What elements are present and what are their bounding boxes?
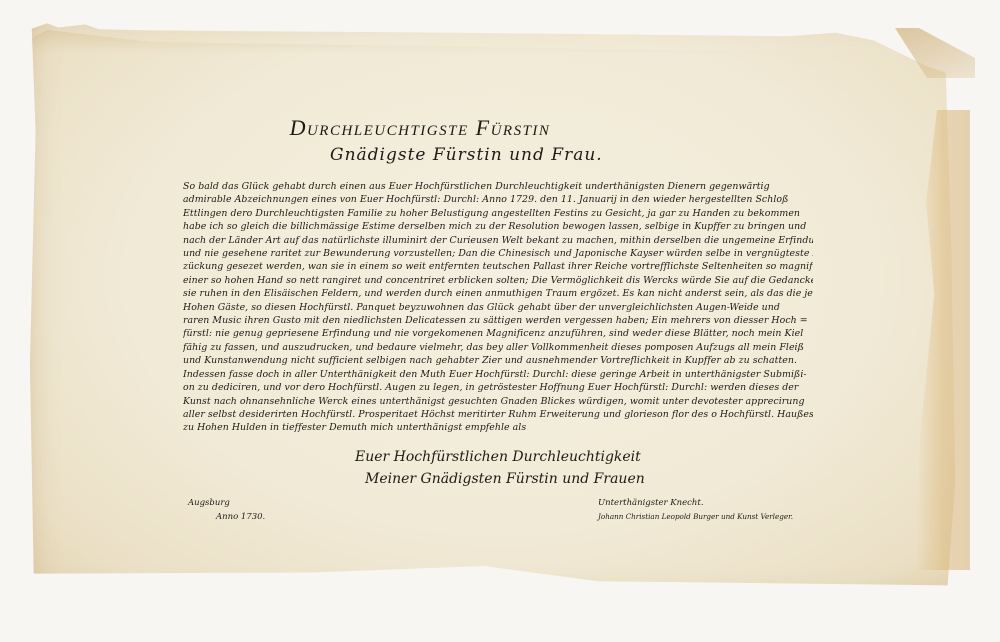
body-line: und Kunstanwendung nicht sufficient selb…: [183, 354, 813, 367]
body-line: Indessen fasse doch in aller Unterthänig…: [183, 368, 813, 381]
document-title: Durchleuchtigste Fürstin: [180, 115, 660, 141]
scan-background: Durchleuchtigste Fürstin Gnädigste Fürst…: [0, 0, 1000, 642]
body-line: nach der Länder Art auf das natürlichste…: [183, 234, 813, 247]
signature-title: Unterthänigster Knecht.: [598, 498, 704, 508]
body-line: fürstl: nie genug gepriesene Erfindung u…: [183, 327, 813, 340]
place-name: Augsburg: [188, 498, 230, 508]
body-line: raren Music ihren Gusto mit den niedlich…: [183, 314, 813, 327]
closing-salutation: Euer Hochfürstlichen Durchleuchtigkeit M…: [355, 446, 645, 490]
publisher-name: Johann Christian Leopold Burger und Kuns…: [598, 510, 793, 524]
place-and-date: Augsburg Anno 1730.: [188, 496, 265, 524]
body-line: Hohen Gäste, so diesen Hochfürstl. Panqu…: [183, 301, 813, 314]
body-line: einer so hohen Hand so nett rangiret und…: [183, 274, 813, 287]
body-line: on zu dediciren, und vor dero Hochfürstl…: [183, 381, 813, 394]
closing-line-1: Euer Hochfürstlichen Durchleuchtigkeit: [355, 449, 641, 465]
body-line: fähig zu fassen, und auszudrucken, und b…: [183, 341, 813, 354]
body-line: und nie gesehene raritet zur Bewunderung…: [183, 247, 813, 260]
body-line: Kunst nach ohnansehnliche Werck eines un…: [183, 395, 813, 408]
body-line: zückung gesezet werden, wan sie in einem…: [183, 260, 813, 273]
body-line: admirable Abzeichnungen eines von Euer H…: [183, 193, 813, 206]
body-line: Ettlingen dero Durchleuchtigsten Familie…: [183, 207, 813, 220]
dedication-body: So bald das Glück gehabt durch einen aus…: [183, 180, 813, 435]
body-line: So bald das Glück gehabt durch einen aus…: [183, 180, 813, 193]
closing-line-2: Meiner Gnädigsten Fürstin und Frauen: [355, 468, 645, 490]
body-line: sie ruhen in den Elisäischen Feldern, un…: [183, 287, 813, 300]
document-subtitle: Gnädigste Fürstin und Frau.: [330, 145, 603, 165]
date: Anno 1730.: [188, 510, 265, 524]
body-line: aller selbst desiderirten Hochfürstl. Pr…: [183, 408, 813, 421]
body-line: zu Hohen Hulden in tieffester Demuth mic…: [183, 421, 813, 434]
body-line: habe ich so gleich die billichmässige Es…: [183, 220, 813, 233]
signature-block: Unterthänigster Knecht. Johann Christian…: [598, 496, 793, 524]
